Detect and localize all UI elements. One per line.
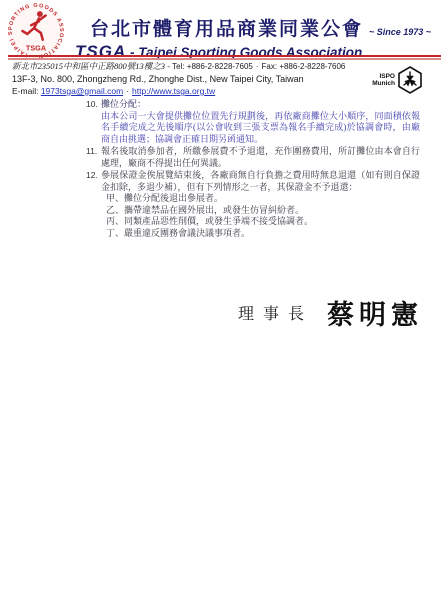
ispo-hexagon-icon <box>397 66 423 94</box>
list-item-11: 11. 報名後取消參加者，所繳參展費不予退還，充作團務費用，所訂攤位由本會自行處… <box>86 146 420 169</box>
item-10-title: 攤位分配： <box>101 99 420 111</box>
org-name-english-line: TSGA - Taipei Sporting Goods Association <box>75 42 440 62</box>
list-item-10: 10. 攤位分配： 由本公司一大會提供攤位位置先行規劃後，再依廠商攤位大小順序，… <box>86 99 420 145</box>
item-12-text: 參展保證金俟展覽結束後，各廠商無自行負擔之費用時無息退還（如有則自保證金扣除，多… <box>101 170 420 193</box>
chairman-title: 理事長 <box>238 301 313 324</box>
telephone-number: Tel: +886-2-8228-7605 <box>172 62 253 71</box>
tsga-seal-logo: TAIPEI SPORTING GOODS ASSOCIATION TSGA <box>7 2 65 60</box>
org-name-chinese: 台北市體育用品商業同業公會 <box>90 14 363 41</box>
contact-line: E-mail: 1973tsga@gmail.com·http://www.ts… <box>12 86 372 96</box>
item-number: 11. <box>86 146 101 169</box>
chairman-signature: 蔡明憲 <box>327 293 423 332</box>
address-line-zh: 新北市235015中和區中正路800號13樓之3 - Tel: +886-2-8… <box>12 60 372 72</box>
item-number: 10. <box>86 99 101 145</box>
subitem-bing: 丙、同類產品惡性削價，或發生爭端不接受協調者。 <box>106 216 420 228</box>
document-page: TAIPEI SPORTING GOODS ASSOCIATION TSGA 台… <box>0 0 447 600</box>
header-divider-rule <box>8 55 441 57</box>
address-english: 13F-3, No. 800, Zhongzheng Rd., Zhonghe … <box>12 74 372 84</box>
signature-block: 理事長 蔡明憲 <box>238 293 423 332</box>
ispo-label: ISPO <box>372 73 395 80</box>
letterhead: TAIPEI SPORTING GOODS ASSOCIATION TSGA 台… <box>0 0 447 92</box>
subitem-jia: 甲、攤位分配後退出參展者。 <box>106 193 420 205</box>
item-12-subitems: 甲、攤位分配後退出參展者。 乙、攜帶違禁品在國外展出，或發生仿冒糾紛者。 丙、同… <box>101 193 420 239</box>
org-abbreviation: TSGA <box>75 42 126 61</box>
org-name-english: - Taipei Sporting Goods Association <box>126 45 362 60</box>
list-item-12: 12. 參展保證金俟展覽結束後，各廠商無自行負擔之費用時無息退還（如有則自保證金… <box>86 170 420 239</box>
website-link[interactable]: http://www.tsga.org.tw <box>132 86 215 96</box>
email-link[interactable]: 1973tsga@gmail.com <box>41 86 123 96</box>
seal-abbr-text: TSGA <box>26 43 47 52</box>
item-number: 12. <box>86 170 101 239</box>
since-1973-label: ~ Since 1973 ~ <box>369 27 431 37</box>
address-chinese: 新北市235015中和區中正路800號13樓之3 <box>12 61 165 71</box>
item-10-text: 由本公司一大會提供攤位位置先行規劃後，再依廠商攤位大小順序，同面積依報名手續完成… <box>101 111 420 146</box>
munich-label: Munich <box>372 80 395 87</box>
email-label: E-mail: <box>12 86 38 96</box>
item-11-text: 報名後取消參加者，所繳參展費不予退還，充作團務費用，所訂攤位由本會自行處理，廠商… <box>101 146 420 169</box>
address-block: 新北市235015中和區中正路800號13樓之3 - Tel: +886-2-8… <box>12 60 372 96</box>
fax-number: Fax: +886-2-8228-7606 <box>262 62 346 71</box>
ispo-munich-logo: ISPO Munich <box>372 66 423 94</box>
subitem-yi: 乙、攜帶違禁品在國外展出，或發生仿冒糾紛者。 <box>106 205 420 217</box>
terms-list: 10. 攤位分配： 由本公司一大會提供攤位位置先行規劃後，再依廠商攤位大小順序，… <box>86 99 420 240</box>
subitem-ding: 丁、嚴重違反團務會議決議事項者。 <box>106 228 420 240</box>
